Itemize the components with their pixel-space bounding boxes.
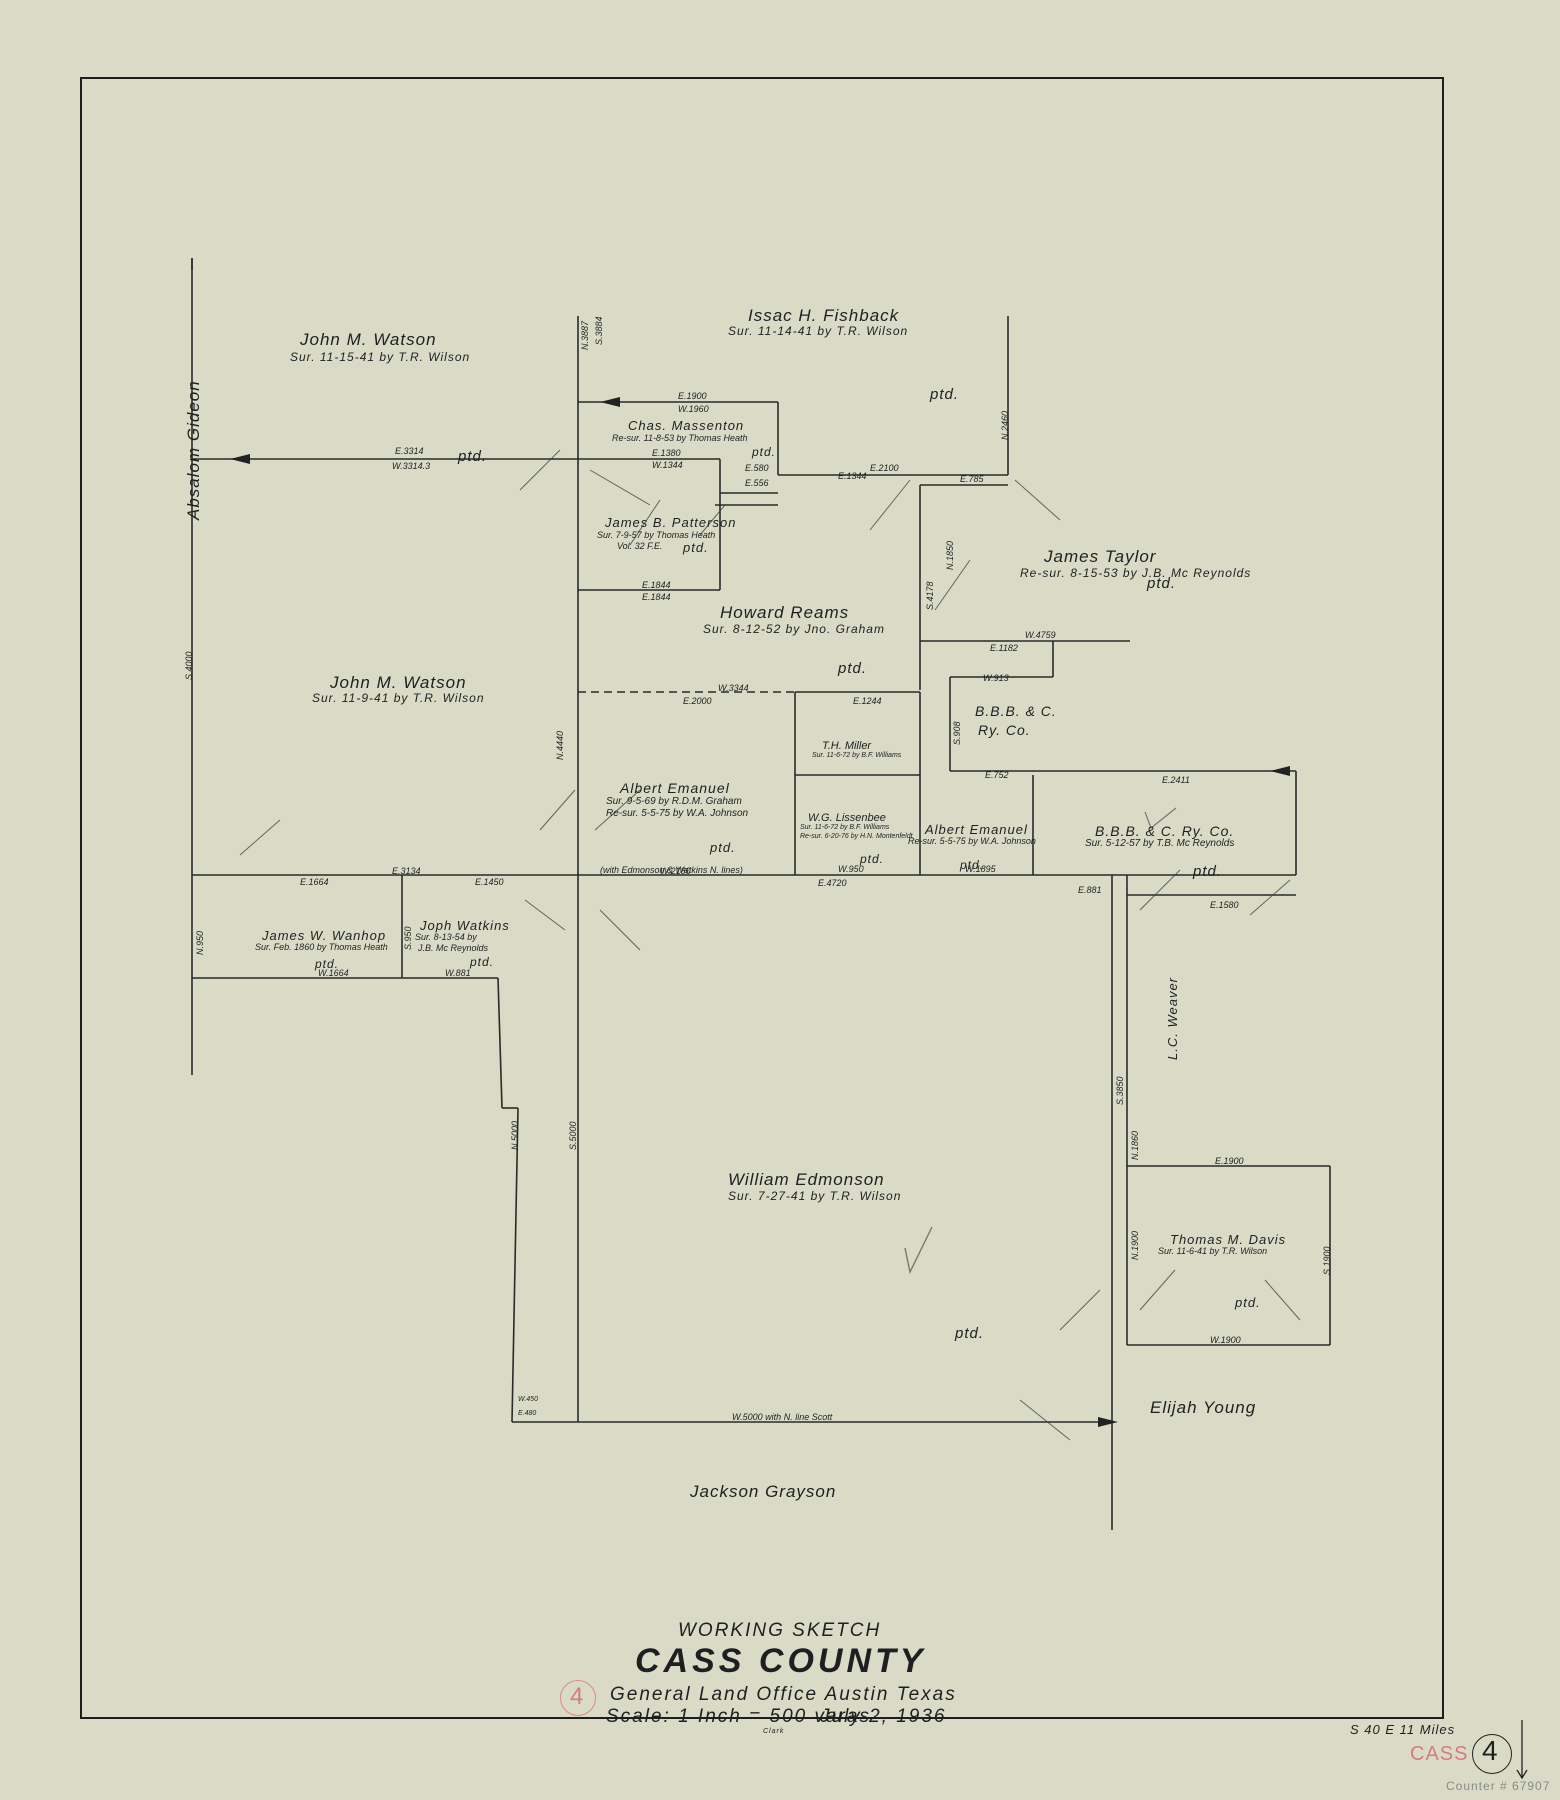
call-e785: E.785 [960,474,984,484]
call-e1844b: E.1844 [642,592,671,602]
ptd-label: ptd. [683,540,709,555]
call-w913: W.913 [983,673,1009,683]
call-e1450: E.1450 [475,877,504,887]
ptd-label: ptd. [838,660,867,677]
survey-extra-patterson: Vol. 32 F.E. [617,541,663,551]
call-e1900: E.1900 [678,391,707,401]
call-s908: S.908 [952,721,962,745]
ptd-label: ptd. [1235,1295,1261,1310]
title-date: July 2, 1936 [820,1706,946,1728]
survey-name-bbbc-south: B.B.B. & C. Ry. Co. [1095,823,1234,839]
survey-name-taylor: James Taylor [1044,547,1156,567]
survey-name-watson-north: John M. Watson [300,330,437,350]
survey-name-massenton: Chas. Massenton [628,418,744,433]
call-w1664: W.1664 [318,968,349,978]
survey-note-miller: Sur. 11-6-72 by B.F. Williams [812,752,901,759]
ptd-label: ptd. [470,955,494,969]
survey-note-emanuel-west: Sur. 9-5-69 by R.D.M. Graham [606,796,742,807]
survey-note-reams: Sur. 8-12-52 by Jno. Graham [703,622,885,636]
survey-name-patterson: James B. Patterson [605,515,736,530]
ptd-label: ptd. [1193,863,1222,880]
call-n1900: N.1900 [1130,1231,1140,1260]
survey-note-lissenbee: Sur. 11-6-72 by B.F. Williams [800,824,889,831]
survey-name-wanhop: James W. Wanhop [262,928,386,943]
call-e3314: E.3314 [395,446,424,456]
call-s1900: S.1900 [1322,1246,1332,1275]
survey-name-bbbc-north: B.B.B. & C. [975,703,1057,719]
survey-name-gideon: Absalom Gideon [184,380,204,520]
call-w881: W.881 [445,968,471,978]
call-w950: W.950 [838,864,864,874]
title-signature: Clark [763,1728,784,1735]
call-n2460: N.2460 [1000,411,1010,440]
survey-name-young: Elijah Young [1150,1398,1256,1418]
call-n4440: N.4440 [555,731,565,760]
call-n1850: N.1850 [945,541,955,570]
ptd-label: ptd. [710,840,736,855]
survey-note-watkins: Sur. 8-13-54 by [415,932,477,942]
call-e2100: E.2100 [870,463,899,473]
ptd-label: ptd. [955,1325,984,1342]
direction-note: S 40 E 11 Miles [1350,1722,1455,1737]
survey-name-watkins: Joph Watkins [420,918,510,933]
call-e752: E.752 [985,770,1009,780]
survey-note-davis: Sur. 11-6-41 by T.R. Wilson [1158,1246,1267,1256]
survey-extra-lissenbee: Re-sur. 6-20-76 by H.N. Montenfeldt [800,833,913,840]
survey-name-weaver: L.C. Weaver [1165,977,1180,1060]
survey-note-watson-north: Sur. 11-15-41 by T.R. Wilson [290,350,470,364]
call-e1244: E.1244 [853,696,882,706]
survey-note-fishback: Sur. 11-14-41 by T.R. Wilson [728,324,908,338]
call-w4759: W.4759 [1025,630,1056,640]
call-s4000: S.4000 [184,651,194,680]
survey-lines [0,0,1560,1800]
ptd-label: ptd. [752,445,776,459]
survey-name-watson-south: John M. Watson [330,673,467,693]
call-e1380: E.1380 [652,448,681,458]
survey-name-miller: T.H. Miller [822,740,871,752]
call-e3134: E.3134 [392,866,421,876]
call-n5000: N.5000 [510,1121,520,1150]
ptd-label: ptd. [930,386,959,403]
survey-note-edmonson: Sur. 7-27-41 by T.R. Wilson [728,1189,901,1203]
call-e2411: E.2411 [1162,775,1190,785]
title-county: CASS COUNTY [635,1642,926,1681]
call-w2180: W.2180 [660,866,691,876]
survey-note-patterson: Sur. 7-9-57 by Thomas Heath [597,530,715,540]
call-w1344: W.1344 [652,460,683,470]
survey-extra-emanuel-west: Re-sur. 5-5-75 by W.A. Johnson [606,808,748,819]
call-e4720: E.4720 [818,878,847,888]
survey-note-emanuel-east: Re-sur. 5-5-75 by W.A. Johnson [908,836,1036,846]
survey-extra-watkins: J.B. Mc Reynolds [418,943,488,953]
call-s3884: S.3884 [594,316,604,345]
red-circle-number: 4 [570,1683,584,1711]
survey-name-grayson: Jackson Grayson [690,1482,836,1502]
call-w1960: W.1960 [678,404,709,414]
call-e556: E.556 [745,478,769,488]
call-w1900: W.1900 [1210,1335,1241,1345]
survey-name-edmonson: William Edmonson [728,1170,885,1190]
down-arrow-icon [1515,1720,1529,1782]
call-w5000: W.5000 with N. line Scott [732,1412,832,1422]
map-sheet: John M. Watson Sur. 11-15-41 by T.R. Wil… [0,0,1560,1800]
call-w3314: W.3314.3 [392,461,430,471]
call-e1664: E.1664 [300,877,329,887]
survey-name-emanuel-east: Albert Emanuel [925,822,1028,837]
call-e2000: E.2000 [683,696,712,706]
survey-note-bbbc-north: Ry. Co. [978,722,1031,738]
call-e1182: E.1182 [990,643,1018,653]
call-n3887: N.3887 [580,321,590,350]
call-e1344b: E.1344 [838,471,867,481]
survey-name-davis: Thomas M. Davis [1170,1232,1286,1247]
call-n950: N.950 [195,931,205,955]
survey-name-emanuel-west: Albert Emanuel [620,780,730,796]
survey-name-lissenbee: W.G. Lissenbee [808,812,886,824]
call-e580: E.580 [745,463,769,473]
call-s4178: S.4178 [925,581,935,610]
call-s3850: S.3850 [1115,1076,1125,1105]
call-s950: S.950 [403,926,413,950]
call-w450: W.450 [518,1396,538,1403]
ptd-label: ptd. [458,448,487,465]
survey-note-massenton: Re-sur. 11-8-53 by Thomas Heath [612,433,748,443]
call-w1895: W.1895 [965,864,996,874]
survey-name-reams: Howard Reams [720,603,849,623]
sheet-number: 4 [1482,1735,1499,1767]
call-w3344: W.3344 [718,683,749,693]
survey-note-bbbc-south: Sur. 5-12-57 by T.B. Mc Reynolds [1085,838,1234,849]
survey-name-fishback: Issac H. Fishback [748,306,899,326]
survey-note-taylor: Re-sur. 8-15-53 by J.B. Mc Reynolds [1020,566,1251,580]
title-working-sketch: WORKING SKETCH [678,1620,881,1642]
call-e881: E.881 [1078,885,1102,895]
call-e1580: E.1580 [1210,900,1239,910]
call-s5000: S.5000 [568,1121,578,1150]
ptd-label: ptd. [1147,575,1176,592]
call-e480: E.480 [518,1410,536,1417]
call-n1860: N.1860 [1130,1131,1140,1160]
counter-number: Counter # 67907 [1446,1779,1550,1793]
title-office: General Land Office Austin Texas [610,1684,957,1706]
survey-note-watson-south: Sur. 11-9-41 by T.R. Wilson [312,691,485,705]
call-e1844a: E.1844 [642,580,671,590]
county-stamp: CASS [1410,1743,1468,1766]
survey-note-wanhop: Sur. Feb. 1860 by Thomas Heath [255,942,388,952]
call-e1900b: E.1900 [1215,1156,1244,1166]
